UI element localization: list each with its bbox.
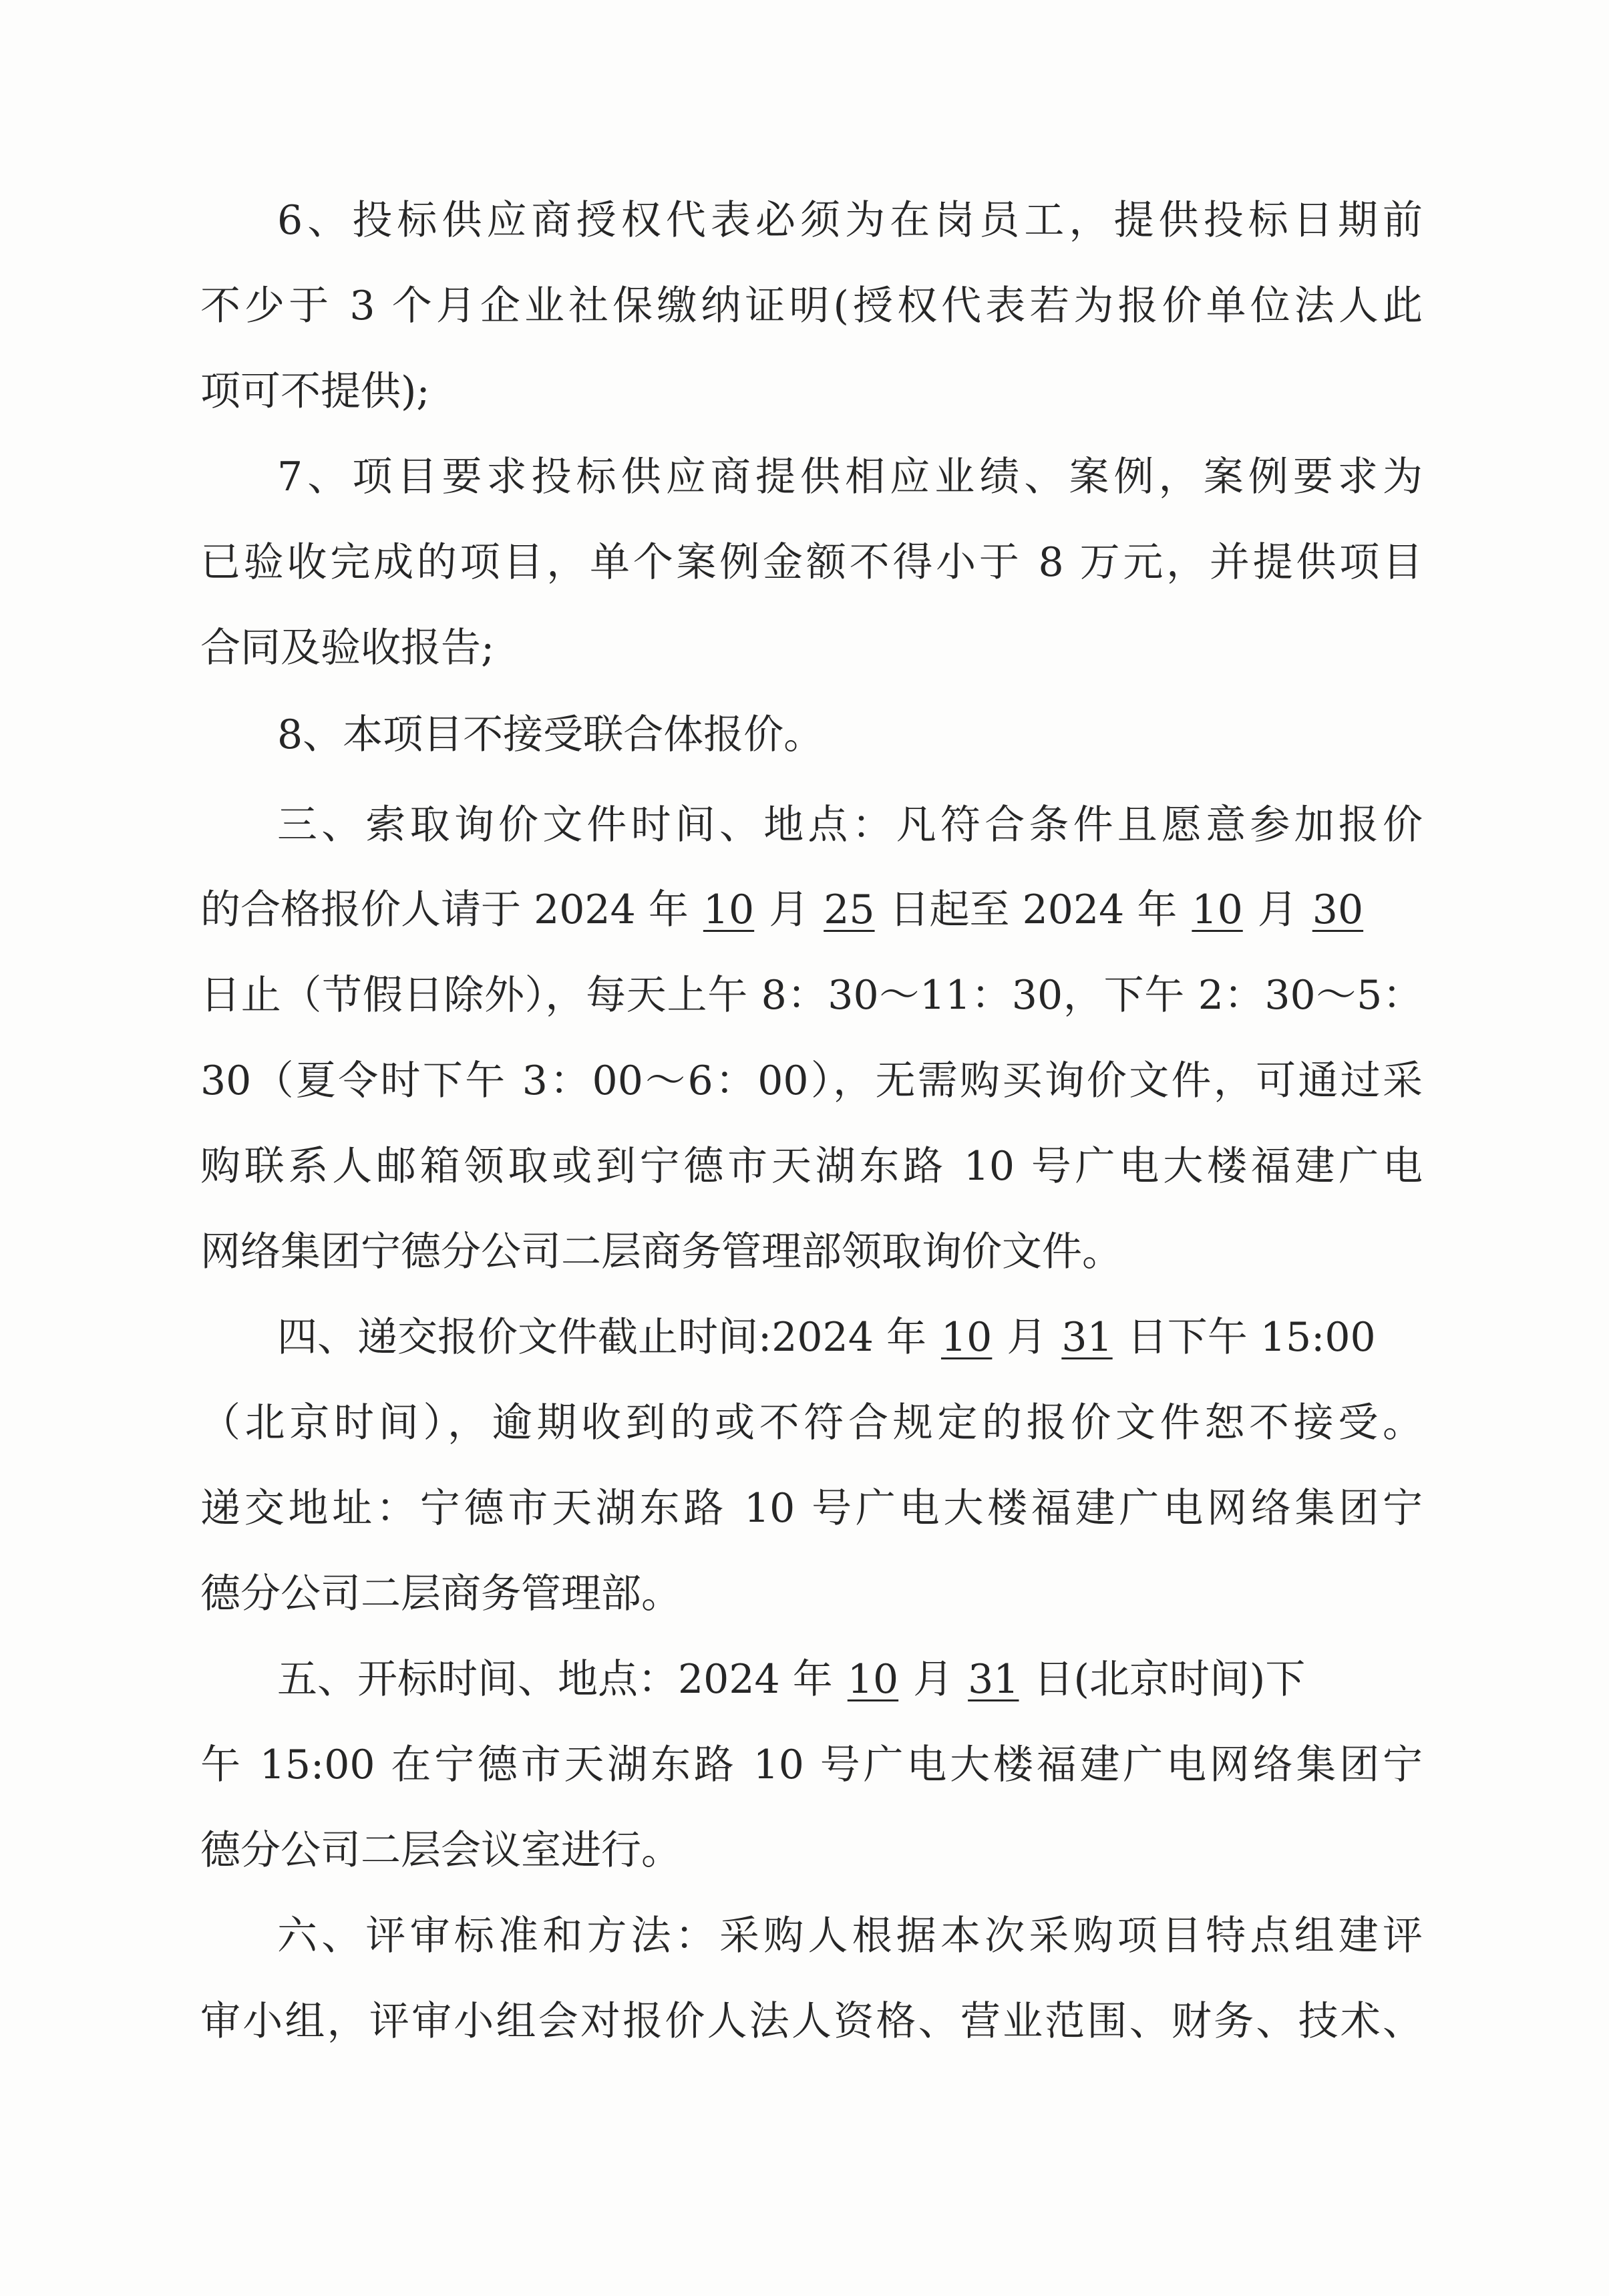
text-segment: 日(北京时间)下 (1034, 1656, 1306, 1703)
underlined-day-field: 30 (1298, 883, 1378, 937)
text-line: 六、评审标准和方法：采购人根据本次采购项目特点组建评 (277, 1909, 1423, 1963)
text-line-opening: 五、开标时间、地点：2024 年10月31日(北京时间)下 (277, 1653, 1423, 1706)
text-line: 7、项目要求投标供应商提供相应业绩、案例，案例要求为 (277, 450, 1423, 504)
text-segment: 月 (1007, 1314, 1047, 1361)
text-line: 项可不提供); (200, 365, 1423, 418)
text-line: 6、投标供应商授权代表必须为在岗员工，提供投标日期前 (277, 194, 1423, 247)
text-segment: 月 (913, 1656, 953, 1703)
document-page: 6、投标供应商授权代表必须为在岗员工，提供投标日期前 不少于 3 个月企业社保缴… (0, 0, 1609, 2296)
text-segment: 月 (769, 886, 809, 933)
underlined-day-field: 31 (1047, 1311, 1127, 1364)
text-segment: 五、开标时间、地点：2024 年 (277, 1656, 833, 1703)
text-line: 购联系人邮箱领取或到宁德市天湖东路 10 号广电大楼福建广电 (200, 1140, 1423, 1193)
text-line-deadline: 四、递交报价文件截止时间:2024 年10月31日下午 15:00 (277, 1311, 1423, 1364)
underlined-month-field: 10 (833, 1653, 913, 1706)
text-line: 已验收完成的项目，单个案例金额不得小于 8 万元，并提供项目 (200, 536, 1423, 589)
underlined-day-field: 25 (809, 883, 889, 937)
text-segment: 日起至 2024 年 (890, 886, 1178, 933)
text-line: 德分公司二层商务管理部。 (200, 1567, 1423, 1621)
text-line: 递交地址：宁德市天湖东路 10 号广电大楼福建广电网络集团宁 (200, 1482, 1423, 1535)
text-segment: 月 (1258, 886, 1298, 933)
text-line: （北京时间），逾期收到的或不符合规定的报价文件恕不接受。 (200, 1396, 1423, 1450)
text-line: 不少于 3 个月企业社保缴纳证明(授权代表若为报价单位法人此 (200, 279, 1423, 333)
underlined-month-field: 10 (926, 1311, 1007, 1364)
text-line-dates: 的合格报价人请于 2024 年10月25日起至 2024 年10月30 (200, 883, 1423, 937)
underlined-month-field: 10 (689, 883, 769, 937)
text-line: 德分公司二层会议室进行。 (200, 1824, 1423, 1877)
text-segment: 四、递交报价文件截止时间:2024 年 (277, 1314, 926, 1361)
text-line: 审小组，评审小组会对报价人法人资格、营业范围、财务、技术、 (200, 1995, 1423, 2048)
text-line: 合同及验收报告; (200, 621, 1423, 675)
text-segment: 日下午 15:00 (1127, 1314, 1376, 1361)
text-line: 日止（节假日除外），每天上午 8：30～11：30，下午 2：30～5： (200, 969, 1423, 1022)
text-line: 30（夏令时下午 3：00～6：00），无需购买询价文件，可通过采 (200, 1054, 1423, 1108)
text-segment: 的合格报价人请于 2024 年 (200, 886, 689, 933)
underlined-month-field: 10 (1177, 883, 1257, 937)
text-line: 网络集团宁德分公司二层商务管理部领取询价文件。 (200, 1225, 1423, 1279)
text-line: 8、本项目不接受联合体报价。 (277, 708, 1423, 762)
underlined-day-field: 31 (953, 1653, 1033, 1706)
text-line: 三、索取询价文件时间、地点：凡符合条件且愿意参加报价 (277, 798, 1423, 852)
text-line: 午 15:00 在宁德市天湖东路 10 号广电大楼福建广电网络集团宁 (200, 1738, 1423, 1792)
